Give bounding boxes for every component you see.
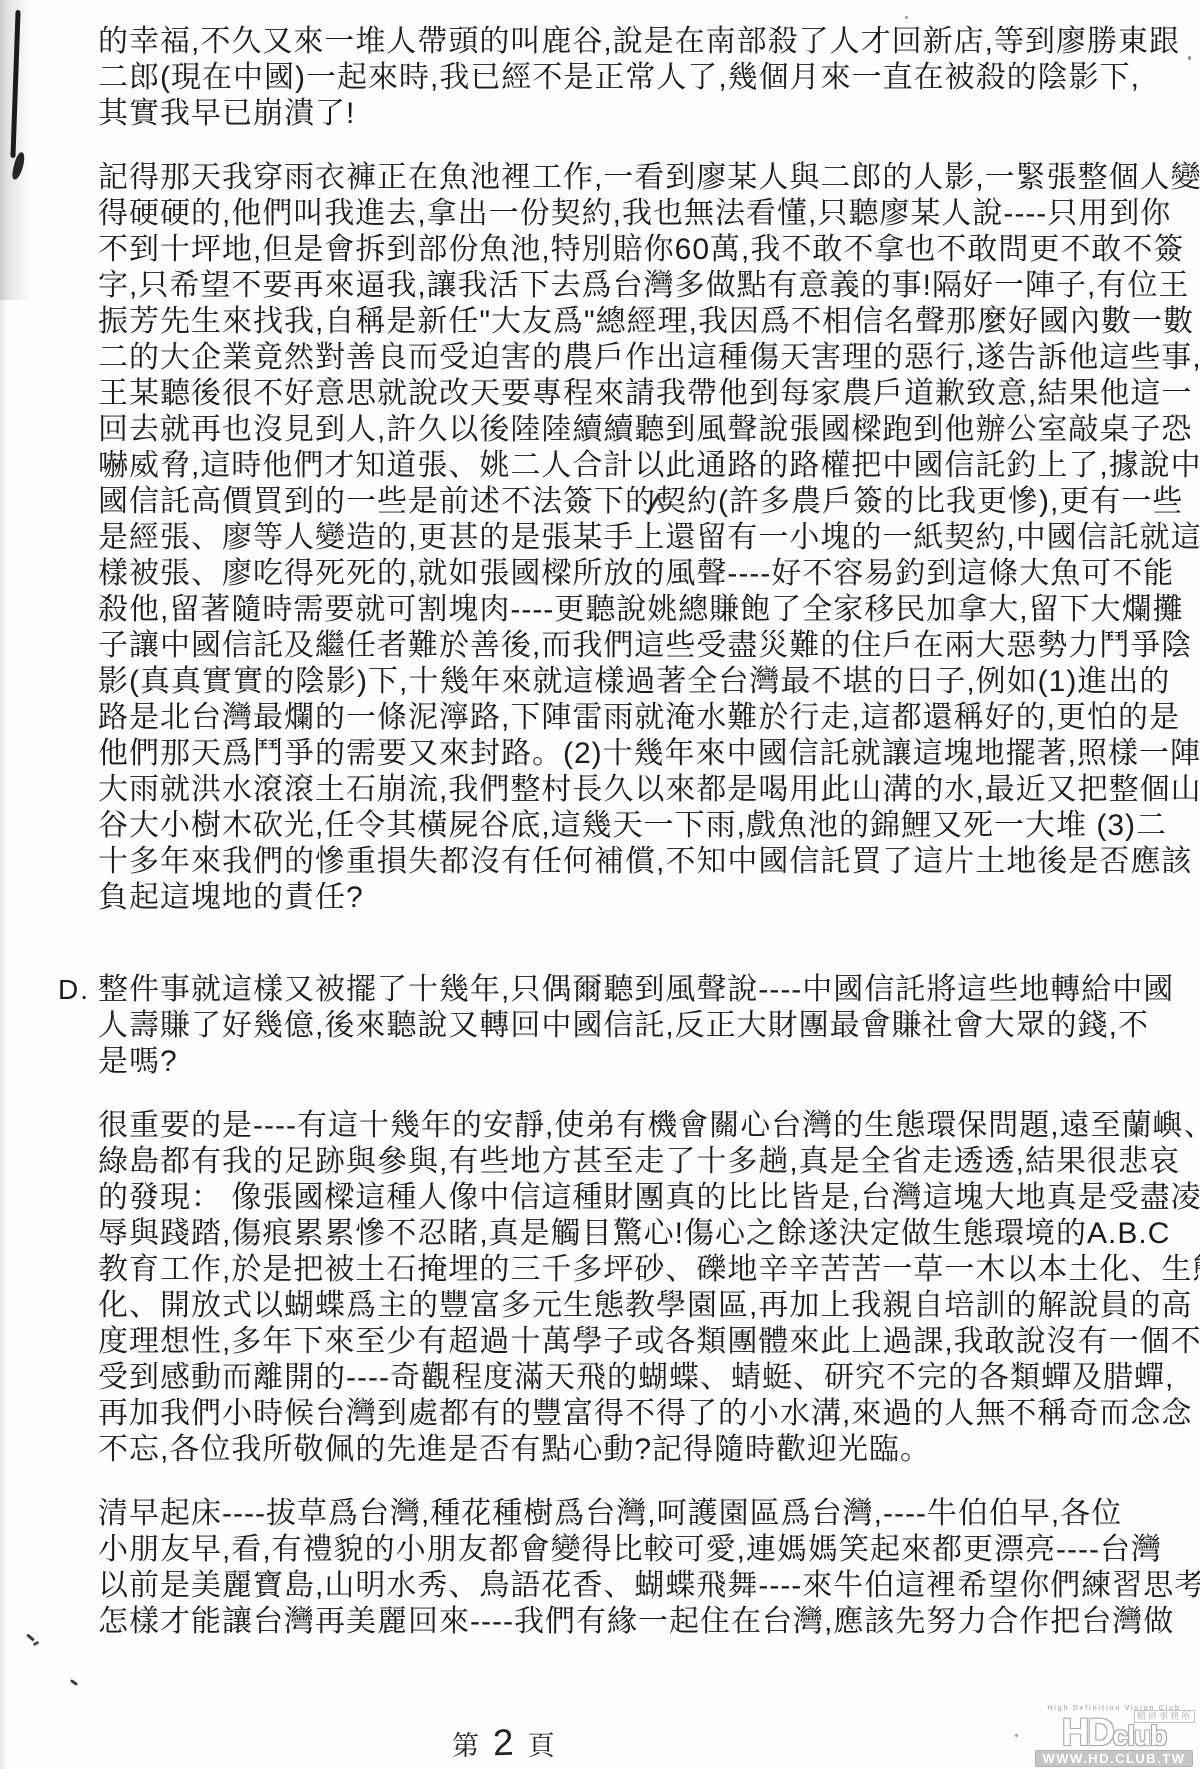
dust-speck: [1015, 1734, 1018, 1737]
text-line: 是嗎?: [98, 1044, 1196, 1080]
page-number-suffix: 頁: [528, 1724, 555, 1763]
paragraph-3: 很重要的是----有這十幾年的安靜,使弟有機會關心台灣的生態環保問題,遠至蘭嶼、…: [98, 1108, 1196, 1468]
ink-speck: [26, 1633, 35, 1641]
text-line: 是經張、廖等人變造的,更甚的是張某手上還留有一小塊的一紙契約,中國信託就這: [98, 520, 1196, 556]
logo-chinese-text: 精研事務所: [1134, 1710, 1195, 1723]
text-line: 國信託高價買到的一些是前述不法簽下的契約(許多農戶簽的比我更慘),更有一些: [98, 484, 1196, 520]
text-line: 回去就再也沒見到人,許久以後陸陸續續聽到風聲說張國樑跑到他辦公室敲桌子恐: [98, 412, 1196, 448]
page-number-prefix: 第: [452, 1724, 479, 1763]
list-marker-d: D.: [58, 972, 90, 1008]
dust-speck: [905, 16, 908, 19]
text-line: 不到十坪地,但是會拆到部份魚池,特別賠你60萬,我不敢不拿也不敢問更不敢不簽: [98, 232, 1196, 268]
paragraph-2: 記得那天我穿雨衣褲正在魚池裡工作,一看到廖某人與二郎的人影,一緊張整個人變 得硬…: [98, 160, 1196, 916]
text-line: 字,只希望不要再來逼我,讓我活下去爲台灣多做點有意義的事!隔好一陣子,有位王: [98, 268, 1196, 304]
logo-club-text: club: [1113, 1722, 1167, 1750]
text-line: 以前是美麗寶島,山明水秀、鳥語花香、蝴蝶飛舞----來牛伯這裡希望你們練習思考: [98, 1568, 1196, 1604]
text-line: 二郎(現在中國)一起來時,我已經不是正常人了,幾個月來一直在被殺的陰影下,: [98, 60, 1196, 96]
text-line: 子讓中國信託及繼任者難於善後,而我們這些受盡災難的住戶在兩大惡勢力鬥爭陰: [98, 628, 1196, 664]
text-line: 大雨就洪水滾滾土石崩流,我們整村長久以來都是喝用此山溝的水,最近又把整個山: [98, 772, 1196, 808]
text-line: 的幸福,不久又來一堆人帶頭的叫鹿谷,說是在南部殺了人才回新店,等到廖勝東跟: [98, 24, 1196, 60]
text-line: 路是北台灣最爛的一條泥濘路,下陣雷雨就淹水難於行走,這都還稱好的,更怕的是: [98, 700, 1196, 736]
text-line: 度理想性,多年下來至少有超過十萬學子或各類團體來此上過課,我敢說沒有一個不: [98, 1324, 1196, 1360]
text-line: 清早起床----拔草爲台灣,種花種樹爲台灣,呵護園區爲台灣,----牛伯伯早,各…: [98, 1496, 1196, 1532]
text-line: 嚇威脅,這時他們才知道張、姚二人合計以此通路的路權把中國信託釣上了,據說中: [98, 448, 1196, 484]
text-line: 王某聽後很不好意思就說改天要專程來請我帶他到每家農戶道歉致意,結果他這一: [98, 376, 1196, 412]
text-line: 綠島都有我的足跡與參與,有些地方甚至走了十多趟,真是全省走透透,結果很悲哀: [98, 1144, 1196, 1180]
text-line: 殺他,留著隨時需要就可割塊肉----更聽說姚總賺飽了全家移民加拿大,留下大爛攤: [98, 592, 1196, 628]
text-line: 不忘,各位我所敬佩的先進是否有點心動?記得隨時歡迎光臨。: [98, 1432, 1196, 1468]
paragraph-4: 清早起床----拔草爲台灣,種花種樹爲台灣,呵護園區爲台灣,----牛伯伯早,各…: [98, 1496, 1196, 1640]
text-line: 得硬硬的,他們叫我進去,拿出一份契約,我也無法看懂,只聽廖某人說----只用到你: [98, 196, 1196, 232]
page-number-value: 2: [492, 1722, 514, 1765]
text-line-content: 整件事就這樣又被擺了十幾年,只偶爾聽到風聲說----中國信託將這些地轉給中國: [98, 973, 1174, 1006]
text-line: 小朋友早,看,有禮貌的小朋友都會變得比較可愛,連媽媽笑起來都更漂亮----台灣: [98, 1532, 1196, 1568]
scanned-document-page: 的幸福,不久又來一堆人帶頭的叫鹿谷,說是在南部殺了人才回新店,等到廖勝東跟 二郎…: [0, 0, 1200, 1769]
text-line: 教育工作,於是把被土石掩埋的三千多坪砂、礫地辛辛苦苦一草一木以本土化、生態: [98, 1252, 1196, 1288]
page-number: 第2頁: [452, 1722, 555, 1764]
text-line: 二的大企業竟然對善良而受迫害的農戶作出這種傷天害理的惡行,遂告訴他這些事,: [98, 340, 1196, 376]
text-line: 很重要的是----有這十幾年的安靜,使弟有機會關心台灣的生態環保問題,遠至蘭嶼、: [98, 1108, 1196, 1144]
text-line: 樣被張、廖吃得死死的,就如張國樑所放的風聲----好不容易釣到這條大魚可不能: [98, 556, 1196, 592]
ink-speck: [70, 1679, 78, 1686]
text-line: 振芳先生來找我,自稱是新任"大友爲"總經理,我因爲不相信名聲那麼好國內數一數: [98, 304, 1196, 340]
text-line: 辱與踐踏,傷痕累累慘不忍睹,真是觸目驚心!傷心之餘遂決定做生態環境的A.B.C: [98, 1216, 1196, 1252]
text-line: 十多年來我們的慘重損失都沒有任何補償,不知中國信託買了這片土地後是否應該: [98, 844, 1196, 880]
text-line: 其實我早已崩潰了!: [98, 96, 1196, 132]
text-line: 記得那天我穿雨衣褲正在魚池裡工作,一看到廖某人與二郎的人影,一緊張整個人變: [98, 160, 1196, 196]
hdclub-watermark: High Definition Vision Club HDclub 精研事務所…: [1031, 1705, 1197, 1767]
text-line: 受到感動而離開的----奇觀程度滿天飛的蝴蝶、蜻蜓、研究不完的各類蟬及腊蟬,: [98, 1360, 1196, 1396]
text-line: 化、開放式以蝴蝶爲主的豐富多元生態教學園區,再加上我親自培訓的解說員的高: [98, 1288, 1196, 1324]
text-line: 影(真真實實的陰影)下,十幾年來就這樣過著全台灣最不堪的日子,例如(1)進出的: [98, 664, 1196, 700]
hdclub-logo: HDclub 精研事務所: [1031, 1714, 1197, 1748]
text-line: 的發現： 像張國樑這種人像中信這種財團真的比比皆是,台灣這塊大地真是受盡凌: [98, 1180, 1196, 1216]
text-line: 負起這塊地的責任?: [98, 880, 1196, 916]
text-line: 人壽賺了好幾億,後來聽說又轉回中國信託,反正大財團最會賺社會大眾的錢,不: [98, 1008, 1196, 1044]
paragraph-d: D.整件事就這樣又被擺了十幾年,只偶爾聽到風聲說----中國信託將這些地轉給中國…: [98, 972, 1196, 1080]
text-line: 再加我們小時候台灣到處都有的豐富得不得了的小水溝,來過的人無不稱奇而念念: [98, 1396, 1196, 1432]
watermark-url: WWW.HD.CLUB.TW: [1035, 1750, 1192, 1767]
document-body: 的幸福,不久又來一堆人帶頭的叫鹿谷,說是在南部殺了人才回新店,等到廖勝東跟 二郎…: [98, 24, 1196, 1640]
text-line: 他們那天爲鬥爭的需要又來封路。(2)十幾年來中國信託就讓這塊地擺著,照樣一陣: [98, 736, 1196, 772]
text-line: D.整件事就這樣又被擺了十幾年,只偶爾聽到風聲說----中國信託將這些地轉給中國: [98, 972, 1196, 1008]
paragraph-1: 的幸福,不久又來一堆人帶頭的叫鹿谷,說是在南部殺了人才回新店,等到廖勝東跟 二郎…: [98, 24, 1196, 132]
ink-speck: [33, 1641, 40, 1647]
text-line: 谷大小樹木砍光,任令其橫屍谷底,這幾天一下雨,戲魚池的錦鯉又死一大堆 (3)二: [98, 808, 1196, 844]
text-line: 怎樣才能讓台灣再美麗回來----我們有緣一起住在台灣,應該先努力合作把台灣做: [98, 1604, 1196, 1640]
logo-hd-text: HD: [1062, 1714, 1113, 1752]
